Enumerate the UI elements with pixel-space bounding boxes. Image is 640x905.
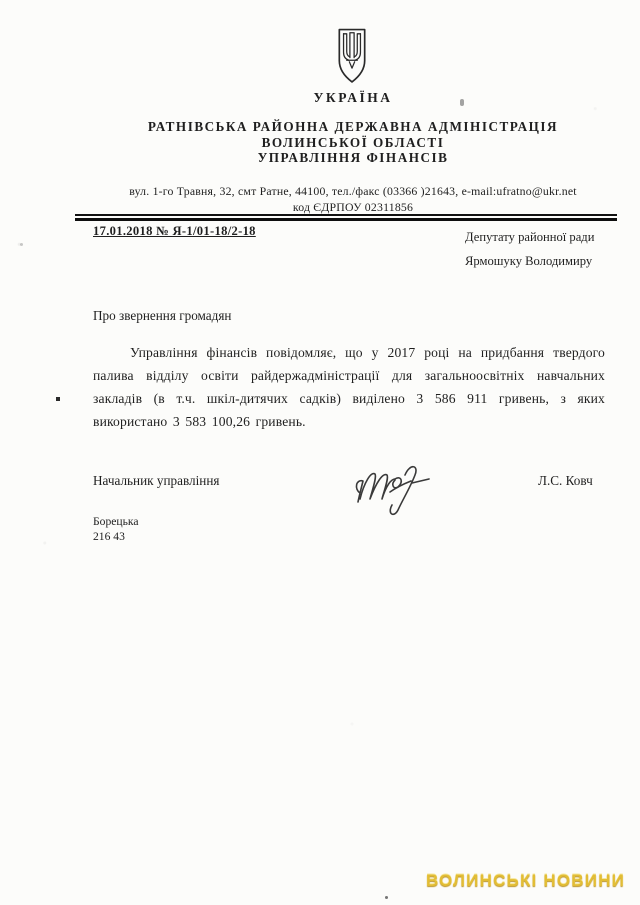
executor-name: Борецька — [93, 515, 139, 530]
executor-phone: 216 43 — [93, 530, 139, 545]
news-site-watermark: ВОЛИНСЬКІ НОВИНИ — [426, 871, 625, 891]
recipient-title: Депутату районної ради — [465, 226, 594, 250]
scan-artifact-dot — [385, 896, 388, 899]
org-line-2: ВОЛИНСЬКОЇ ОБЛАСТІ — [66, 135, 640, 151]
country-name: УКРАЇНА — [66, 90, 640, 106]
signer-name: Л.С. Ковч — [538, 473, 593, 489]
signer-title: Начальник управління — [93, 473, 219, 489]
scan-artifact-dot — [56, 397, 60, 401]
recipient-name: Ярмошуку Володимиру — [465, 250, 594, 274]
organization-name: РАТНІВСЬКА РАЙОННА ДЕРЖАВНА АДМІНІСТРАЦІ… — [66, 119, 640, 166]
org-line-1: РАТНІВСЬКА РАЙОННА ДЕРЖАВНА АДМІНІСТРАЦІ… — [66, 119, 640, 135]
edrpou-code-line: код ЄДРПОУ 02311856 — [66, 199, 640, 215]
scan-artifact-dot — [20, 243, 23, 246]
body-paragraph: Управління фінансів повідомляє, що у 201… — [93, 341, 605, 433]
letterhead-divider — [75, 214, 617, 221]
recipient-block: Депутату районної ради Ярмошуку Володими… — [465, 226, 594, 273]
ukraine-trident-emblem-icon — [336, 28, 368, 89]
scan-artifact-smudge — [460, 99, 464, 106]
contact-address-block: вул. 1-го Травня, 32, смт Ратне, 44100, … — [66, 183, 640, 215]
reference-number: 17.01.2018 № Я-1/01-18/2-18 — [93, 224, 256, 239]
org-line-3: УПРАВЛІННЯ ФІНАНСІВ — [66, 150, 640, 166]
executor-block: Борецька 216 43 — [93, 515, 139, 544]
handwritten-signature-icon — [350, 455, 435, 524]
address-line: вул. 1-го Травня, 32, смт Ратне, 44100, … — [66, 183, 640, 199]
subject-line: Про звернення громадян — [93, 308, 232, 324]
scanned-letter-page: УКРАЇНА РАТНІВСЬКА РАЙОННА ДЕРЖАВНА АДМІ… — [0, 0, 640, 905]
